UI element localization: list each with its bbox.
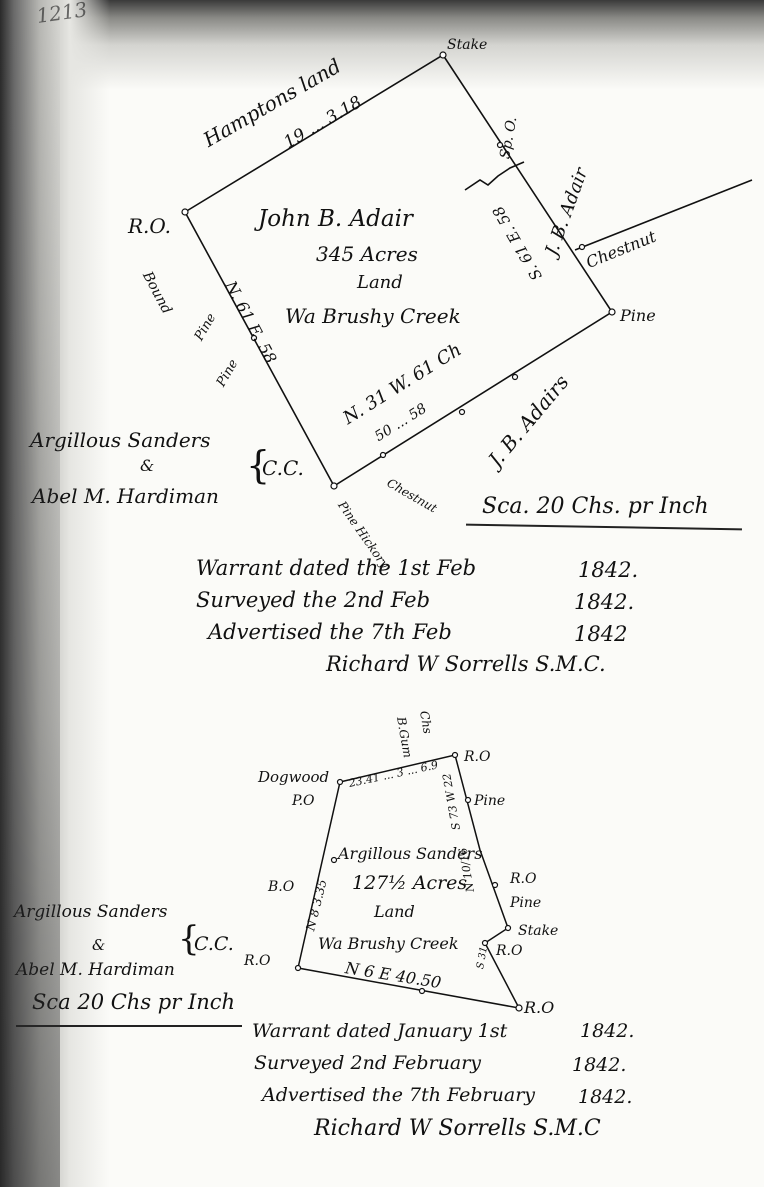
plat-1-scale: Sca. 20 Chs. pr Inch [482,496,709,518]
plat-1-acreage: 345 Acres [316,244,418,264]
plat-1-grantee-name: John B. Adair [258,208,413,231]
plat-1-entry-warrant: Warrant dated the 1st Feb [196,558,476,579]
plat-1-land-label: Land [357,274,403,292]
plat-1-chain-carrier-conj: & [140,458,154,474]
plat-2-entry-warrant-year: 1842. [580,1022,634,1041]
plat-2-acreage: 127½ Acres [352,874,467,893]
plat-2-land-label: Land [374,904,415,920]
plat-2-chain-carrier-2: Abel M. Hardiman [16,962,175,979]
plat-2-note-chs: Chs [418,710,434,735]
plat-1-corner-stake: Stake [447,38,487,52]
plat-1-corner-ro: R.O. [128,216,171,236]
plat-1-signature: Richard W Sorrells S.M.C. [326,654,606,675]
plat-2-entry-warrant: Warrant dated January 1st [252,1022,507,1041]
plat-2-corner-ro-inner: R.O [496,944,522,958]
plat-2-chain-carrier-role: C.C. [194,935,234,954]
plat-1-boundary [185,55,752,486]
plat-2-chain-carrier-1: Argillous Sanders [14,904,167,921]
plat-1-entry-advertised: Advertised the 7th Feb [208,622,452,643]
plat-1-chain-carrier-role: C.C. [262,458,304,478]
plat-2-corner-bo: B.O [268,880,294,894]
plat-1-entry-advertised-year: 1842 [574,624,627,645]
plat-2-stake: Stake [518,924,558,938]
plat-2-entry-surveyed: Surveyed 2nd February [254,1054,481,1073]
plat-2-waters: Wa Brushy Creek [318,936,459,952]
scanned-page: 1213 Hamptons land 19 ... 3 [0,0,764,1187]
plat-2-signature: Richard W Sorrells S.M.C [314,1118,601,1140]
plat-2-corner-ro-bottom-left: R.O [244,954,270,968]
plat-1-entry-warrant-year: 1842. [578,560,638,581]
plat-1-entry-surveyed-year: 1842. [574,592,634,613]
plat-1-corner-pine-right: Pine [620,308,656,324]
plat-1-chain-carrier-1: Argillous Sanders [30,430,211,450]
plat-1-entry-surveyed: Surveyed the 2nd Feb [196,590,430,611]
plat-1-waters: Wa Brushy Creek [285,306,461,326]
plat-2-entry-advertised: Advertised the 7th February [262,1086,535,1105]
plat-2-entry-surveyed-year: 1842. [572,1056,626,1075]
plat-2-corner-po: P.O [292,794,315,808]
plat-2-scale: Sca 20 Chs pr Inch [32,992,235,1013]
plat-2-corner-top-right: R.O [464,750,490,764]
plat-2-corner-ro-bottom-right: R.O [524,1000,554,1016]
plat-2-pine-right-2: Pine [510,896,541,910]
plat-2-entry-advertised-year: 1842. [578,1088,632,1107]
plat-2-corner-ro-right: R.O [510,872,536,886]
plat-2-scale-rule [16,1025,242,1027]
plat-1-chain-carrier-2: Abel M. Hardiman [32,486,219,506]
plat-2-chain-carrier-conj: & [92,938,105,953]
plat-2-pine-right: Pine [474,794,505,808]
plat-2-dogwood: Dogwood [258,770,329,785]
plat-2-grantee-name: Argillous Sanders [338,846,482,862]
